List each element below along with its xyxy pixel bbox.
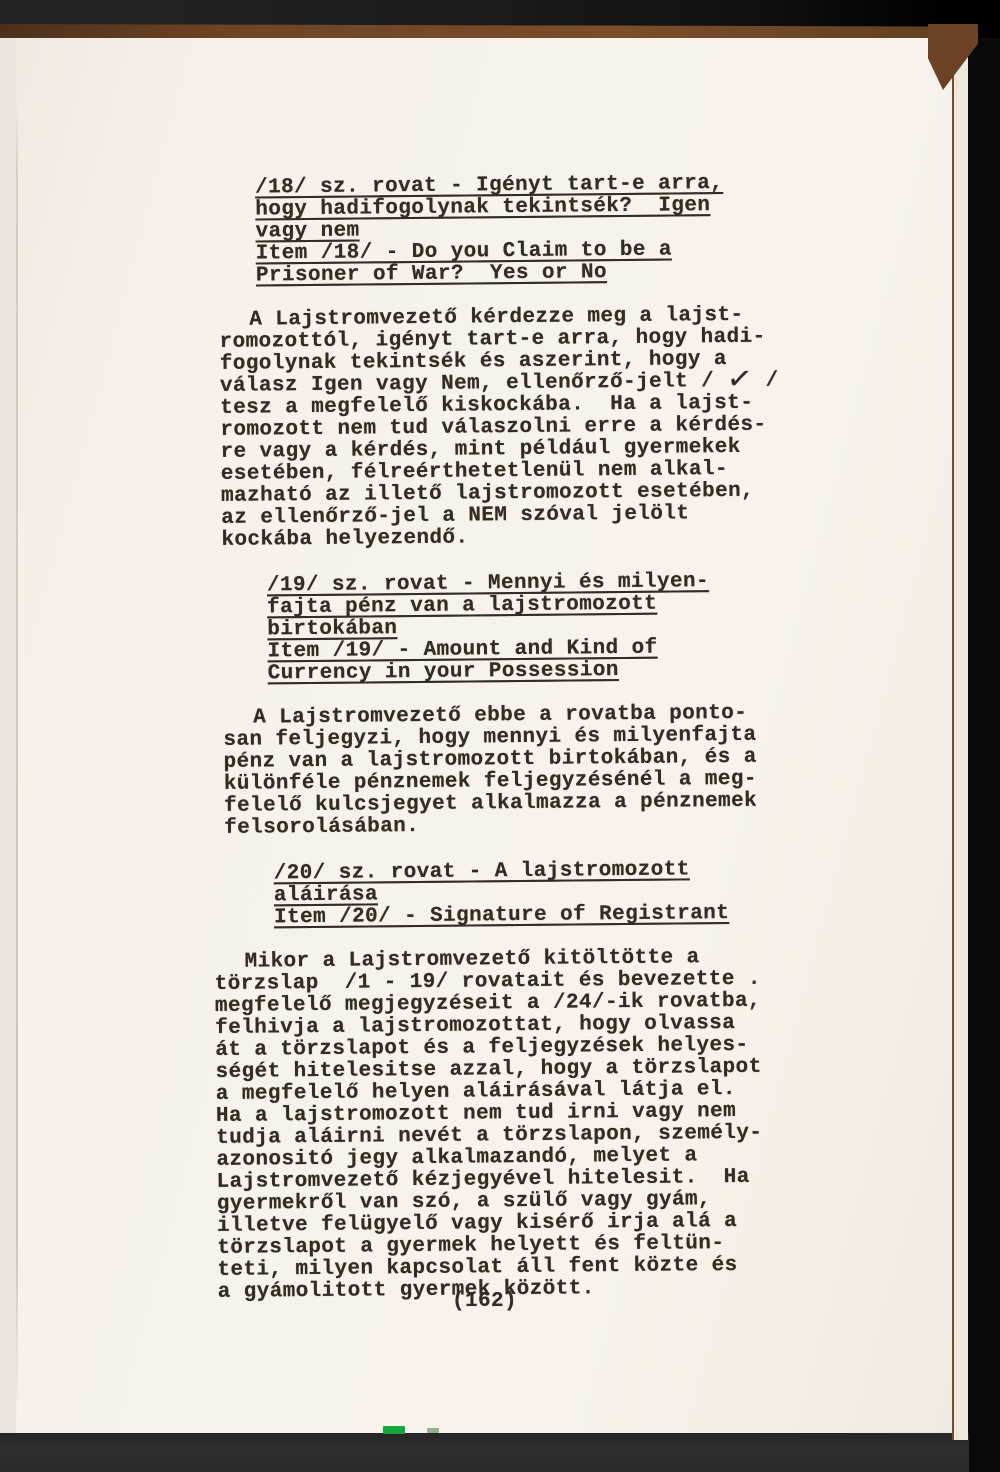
- book-scan: /18/ sz. rovat - Igényt tart-e arra,hogy…: [0, 0, 1000, 1472]
- page-left-margin: [0, 38, 16, 1433]
- section-heading: /20/ sz. rovat - A lajstromozottaláirása…: [274, 858, 833, 929]
- paragraph-line: felsorolásában.: [224, 812, 831, 840]
- section-paragraph: A Lajstromvezető kérdezze meg a lajst-ro…: [219, 304, 828, 552]
- section-heading: /19/ sz. rovat - Mennyi és milyen-fajta …: [267, 570, 830, 685]
- underlying-page-edge: [952, 42, 968, 1440]
- section-item-19: /19/ sz. rovat - Mennyi és milyen-fajta …: [209, 570, 832, 840]
- section-paragraph: A Lajstromvezető ebbe a rovatba ponto-sa…: [223, 702, 831, 840]
- heading-line: Prisoner of War? Yes or No: [256, 260, 826, 287]
- section-heading: /18/ sz. rovat - Igényt tart-e arra,hogy…: [255, 172, 826, 287]
- green-smudge: [427, 1428, 439, 1433]
- desk-surface: [0, 1433, 969, 1472]
- paragraph-line: kockába helyezendő.: [221, 524, 828, 552]
- green-mark: [383, 1426, 405, 1434]
- heading-line: Currency in your Possession: [268, 658, 830, 685]
- page: /18/ sz. rovat - Igényt tart-e arra,hogy…: [0, 38, 952, 1433]
- checkmark-icon: ✓: [727, 373, 754, 386]
- section-item-20: /20/ sz. rovat - A lajstromozottaláirása…: [212, 858, 836, 1304]
- paragraph-line: a gyámolitott gyermek között.: [218, 1276, 836, 1304]
- text-block: /18/ sz. rovat - Igényt tart-e arra,hogy…: [205, 172, 836, 1304]
- page-number: (162): [452, 1290, 517, 1313]
- page-crease: [16, 98, 18, 1428]
- section-item-18: /18/ sz. rovat - Igényt tart-e arra,hogy…: [205, 172, 829, 552]
- section-paragraph: Mikor a Lajstromvezető kitöltötte atörzs…: [214, 946, 835, 1304]
- heading-line: Item /20/ - Signature of Registrant: [274, 902, 832, 929]
